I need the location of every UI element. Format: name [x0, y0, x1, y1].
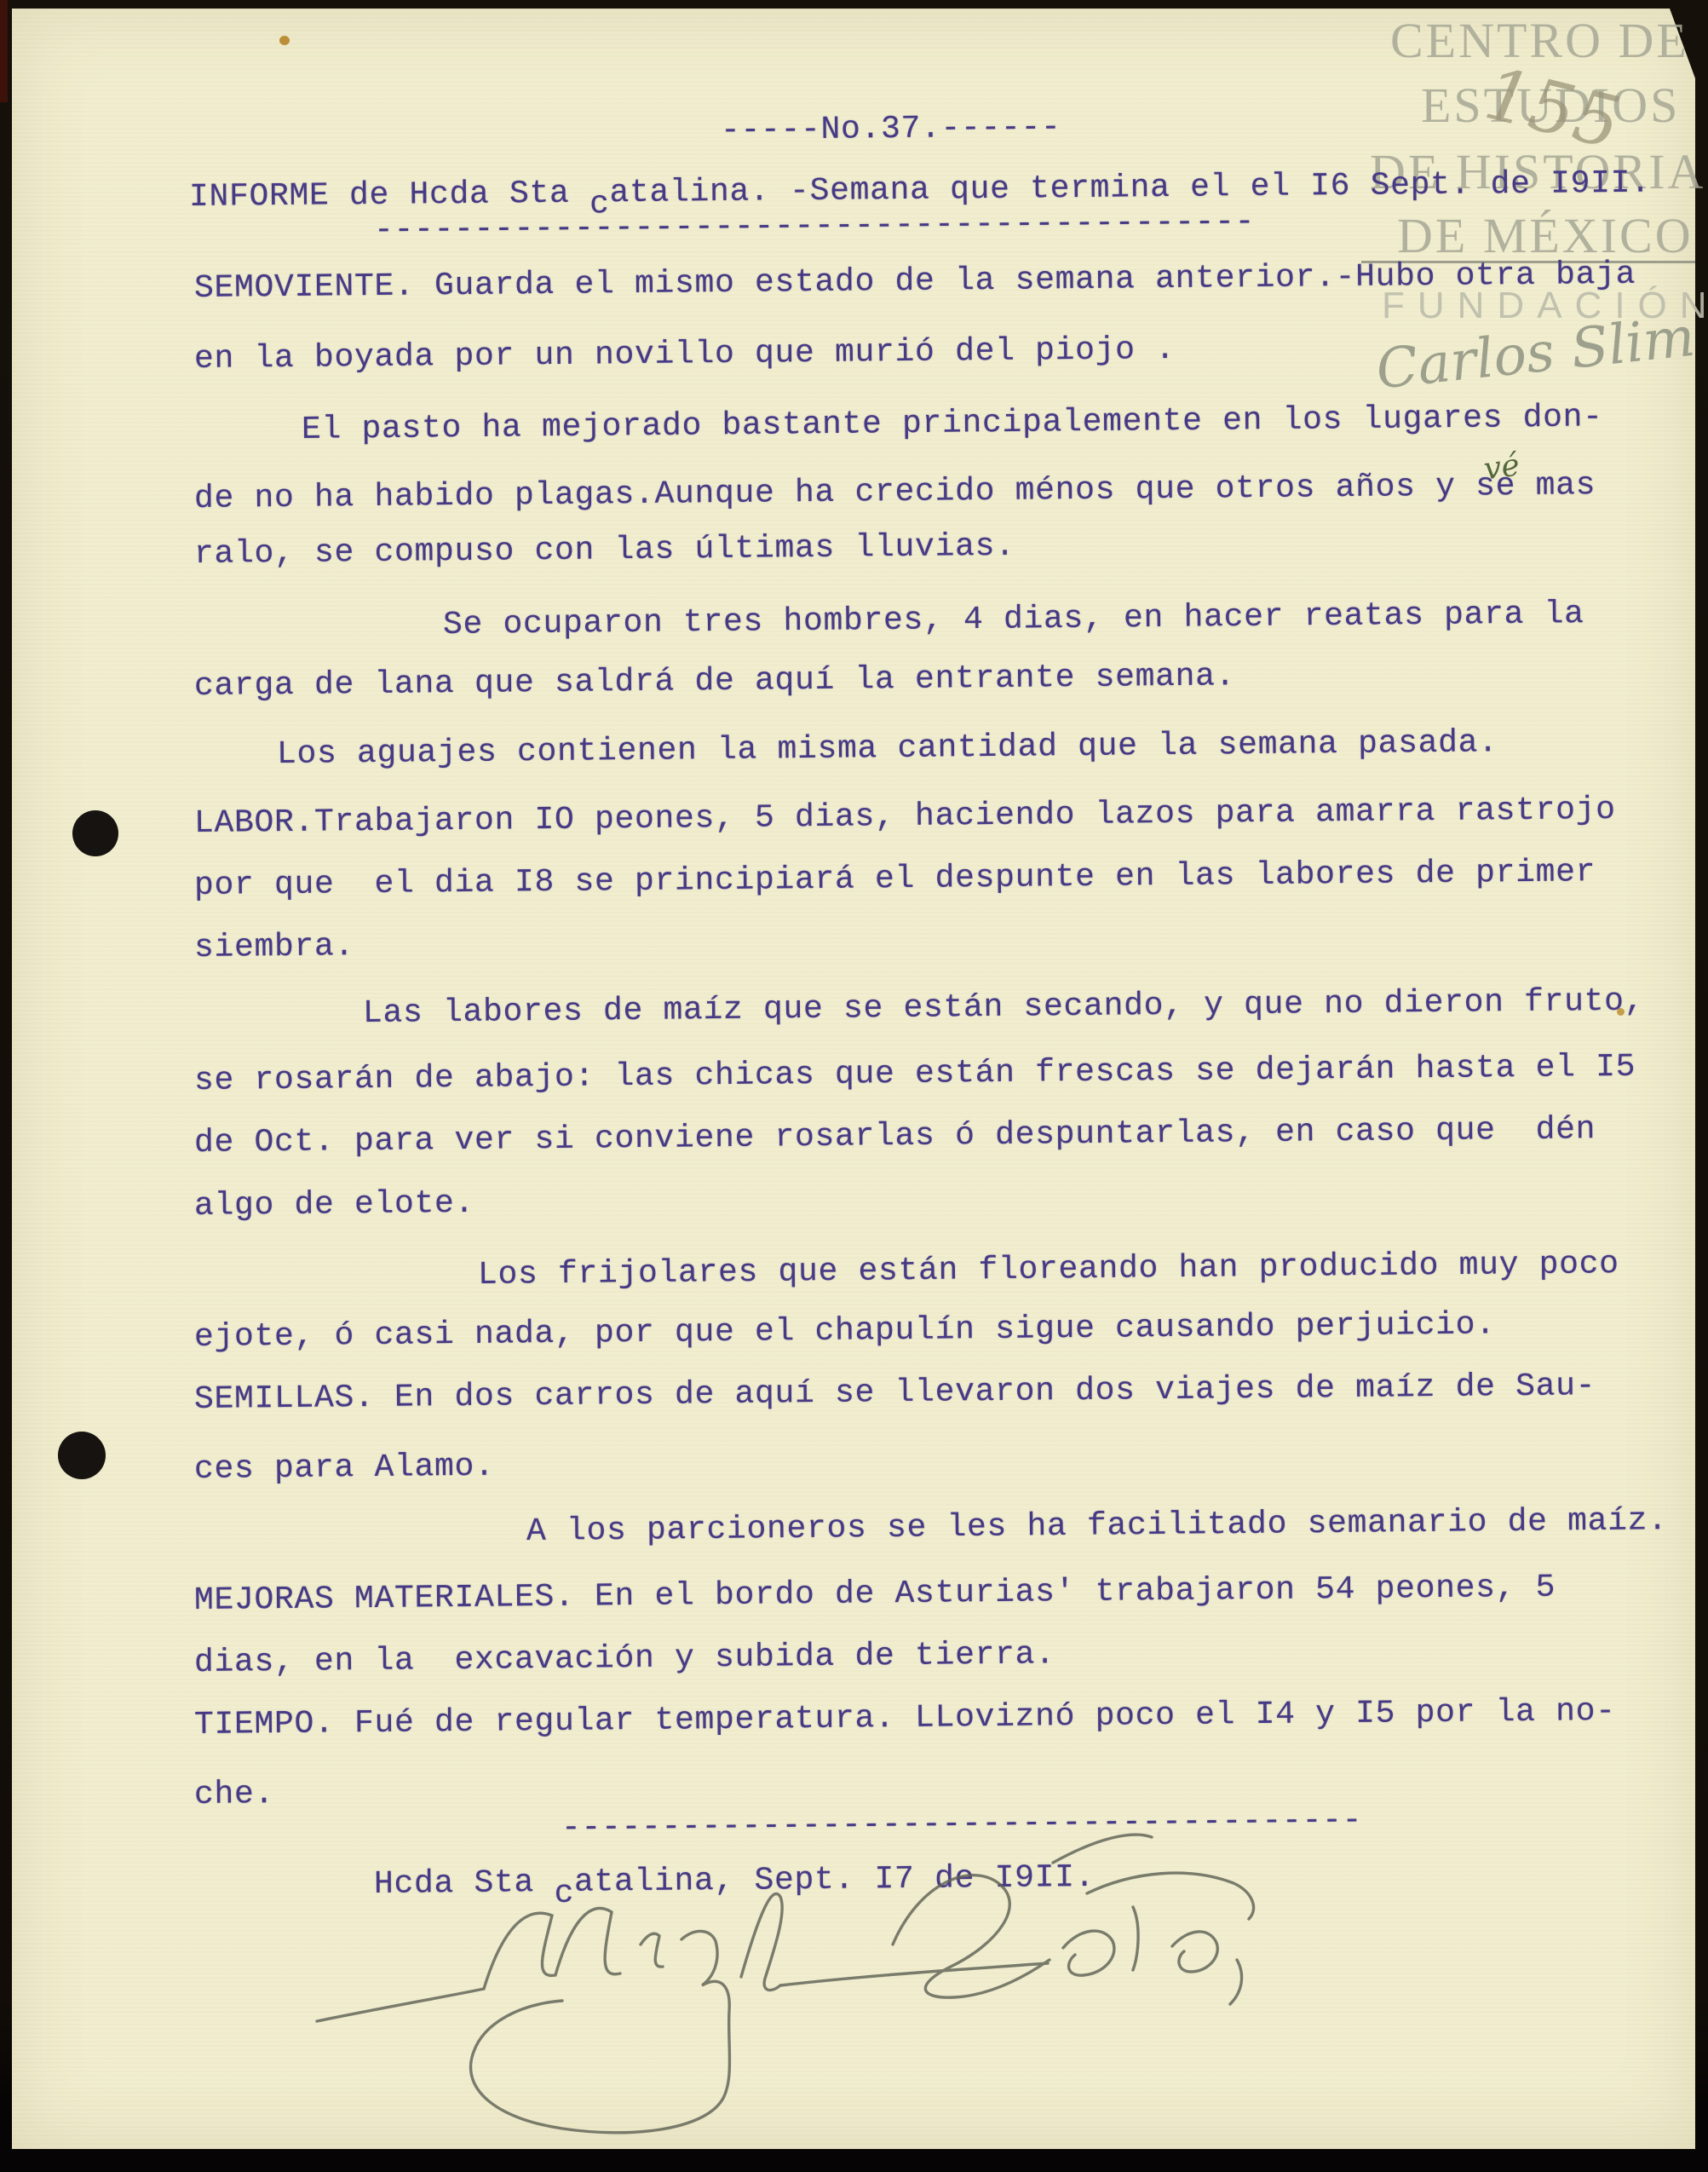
watermark-centro-de: CENTRO DE	[1390, 12, 1689, 69]
dateline: Hcda Sta catalina, Sept. I7 de I9II.	[374, 1859, 1096, 1903]
punch-hole	[72, 810, 118, 856]
text-line: ces para Alamo.	[194, 1449, 495, 1488]
scanned-document-page: CENTRO DE ESTUDIOS DE HISTORIA DE MÉXICO…	[0, 0, 1708, 2172]
handwritten-correction-ve: vé	[1481, 447, 1521, 487]
paper-speck	[279, 36, 290, 45]
dateline-dropped-letter: c	[554, 1875, 574, 1912]
watermark-de-mexico: DE MÉXICO	[1397, 207, 1694, 264]
closing-rule: ----------------------------------------	[561, 1802, 1363, 1846]
text-line: che.	[194, 1776, 274, 1813]
dateline-post: atalina, Sept. I7 de I9II.	[574, 1859, 1095, 1901]
text-line: algo de elote.	[194, 1185, 474, 1224]
title-pre: INFORME de Hcda Sta	[189, 175, 589, 216]
scan-edge-stain	[0, 0, 8, 102]
punch-hole	[58, 1432, 106, 1479]
dateline-pre: Hcda Sta	[374, 1864, 555, 1903]
report-number: -----No.37.------	[721, 109, 1061, 149]
text-line: siembra.	[194, 928, 354, 966]
